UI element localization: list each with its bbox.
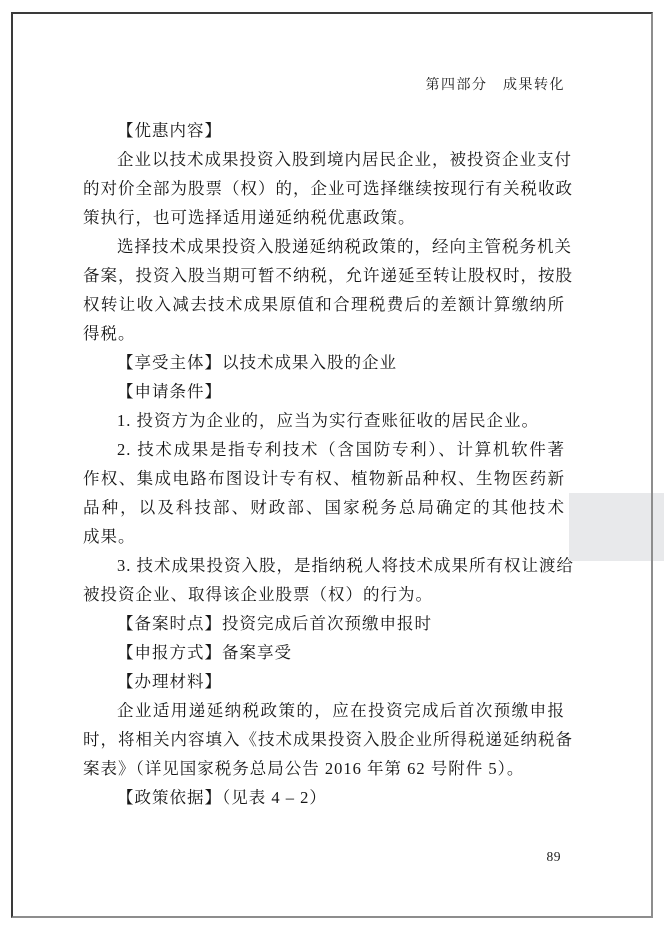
text-line: 2. 技术成果是指专利技术（含国防专利）、计算机软件著 [83, 435, 565, 464]
text-line: 策执行，也可选择适用递延纳税优惠政策。 [83, 203, 565, 232]
text-line: 成果。 [83, 522, 565, 551]
text-line: 被投资企业、取得该企业股票（权）的行为。 [83, 580, 565, 609]
highlight-overlay [569, 493, 664, 561]
text-line: 企业以技术成果投资入股到境内居民企业，被投资企业支付 [83, 145, 565, 174]
text-line: 案表》（详见国家税务总局公告 2016 年第 62 号附件 5）。 [83, 754, 565, 783]
text-line: 企业适用递延纳税政策的，应在投资完成后首次预缴申报 [83, 696, 565, 725]
text-line: 【办理材料】 [83, 667, 565, 696]
running-header: 第四部分 成果转化 [83, 74, 565, 94]
text-line: 作权、集成电路布图设计专有权、植物新品种权、生物医药新 [83, 464, 565, 493]
page-number: 89 [83, 849, 561, 865]
text-line: 时，将相关内容填入《技术成果投资入股企业所得税递延纳税备 [83, 725, 565, 754]
text-line: 3. 技术成果投资入股，是指纳税人将技术成果所有权让渡给 [83, 551, 565, 580]
text-line: 【享受主体】以技术成果入股的企业 [83, 348, 565, 377]
document-page: 第四部分 成果转化 【优惠内容】企业以技术成果投资入股到境内居民企业，被投资企业… [0, 0, 664, 929]
text-line: 选择技术成果投资入股递延纳税政策的，经向主管税务机关 [83, 232, 565, 261]
text-line: 【优惠内容】 [83, 116, 565, 145]
text-line: 得税。 [83, 319, 565, 348]
text-line: 【备案时点】投资完成后首次预缴申报时 [83, 609, 565, 638]
text-line: 【政策依据】（见表 4 – 2） [83, 783, 565, 812]
text-line: 备案，投资入股当期可暂不纳税，允许递延至转让股权时，按股 [83, 261, 565, 290]
text-line: 【申请条件】 [83, 377, 565, 406]
text-line: 【申报方式】备案享受 [83, 638, 565, 667]
body-text: 【优惠内容】企业以技术成果投资入股到境内居民企业，被投资企业支付的对价全部为股票… [83, 116, 565, 812]
text-line: 权转让收入减去技术成果原值和合理税费后的差额计算缴纳所 [83, 290, 565, 319]
text-line: 1. 投资方为企业的，应当为实行查账征收的居民企业。 [83, 406, 565, 435]
text-line: 品种，以及科技部、财政部、国家税务总局确定的其他技术 [83, 493, 565, 522]
text-line: 的对价全部为股票（权）的，企业可选择继续按现行有关税收政 [83, 174, 565, 203]
